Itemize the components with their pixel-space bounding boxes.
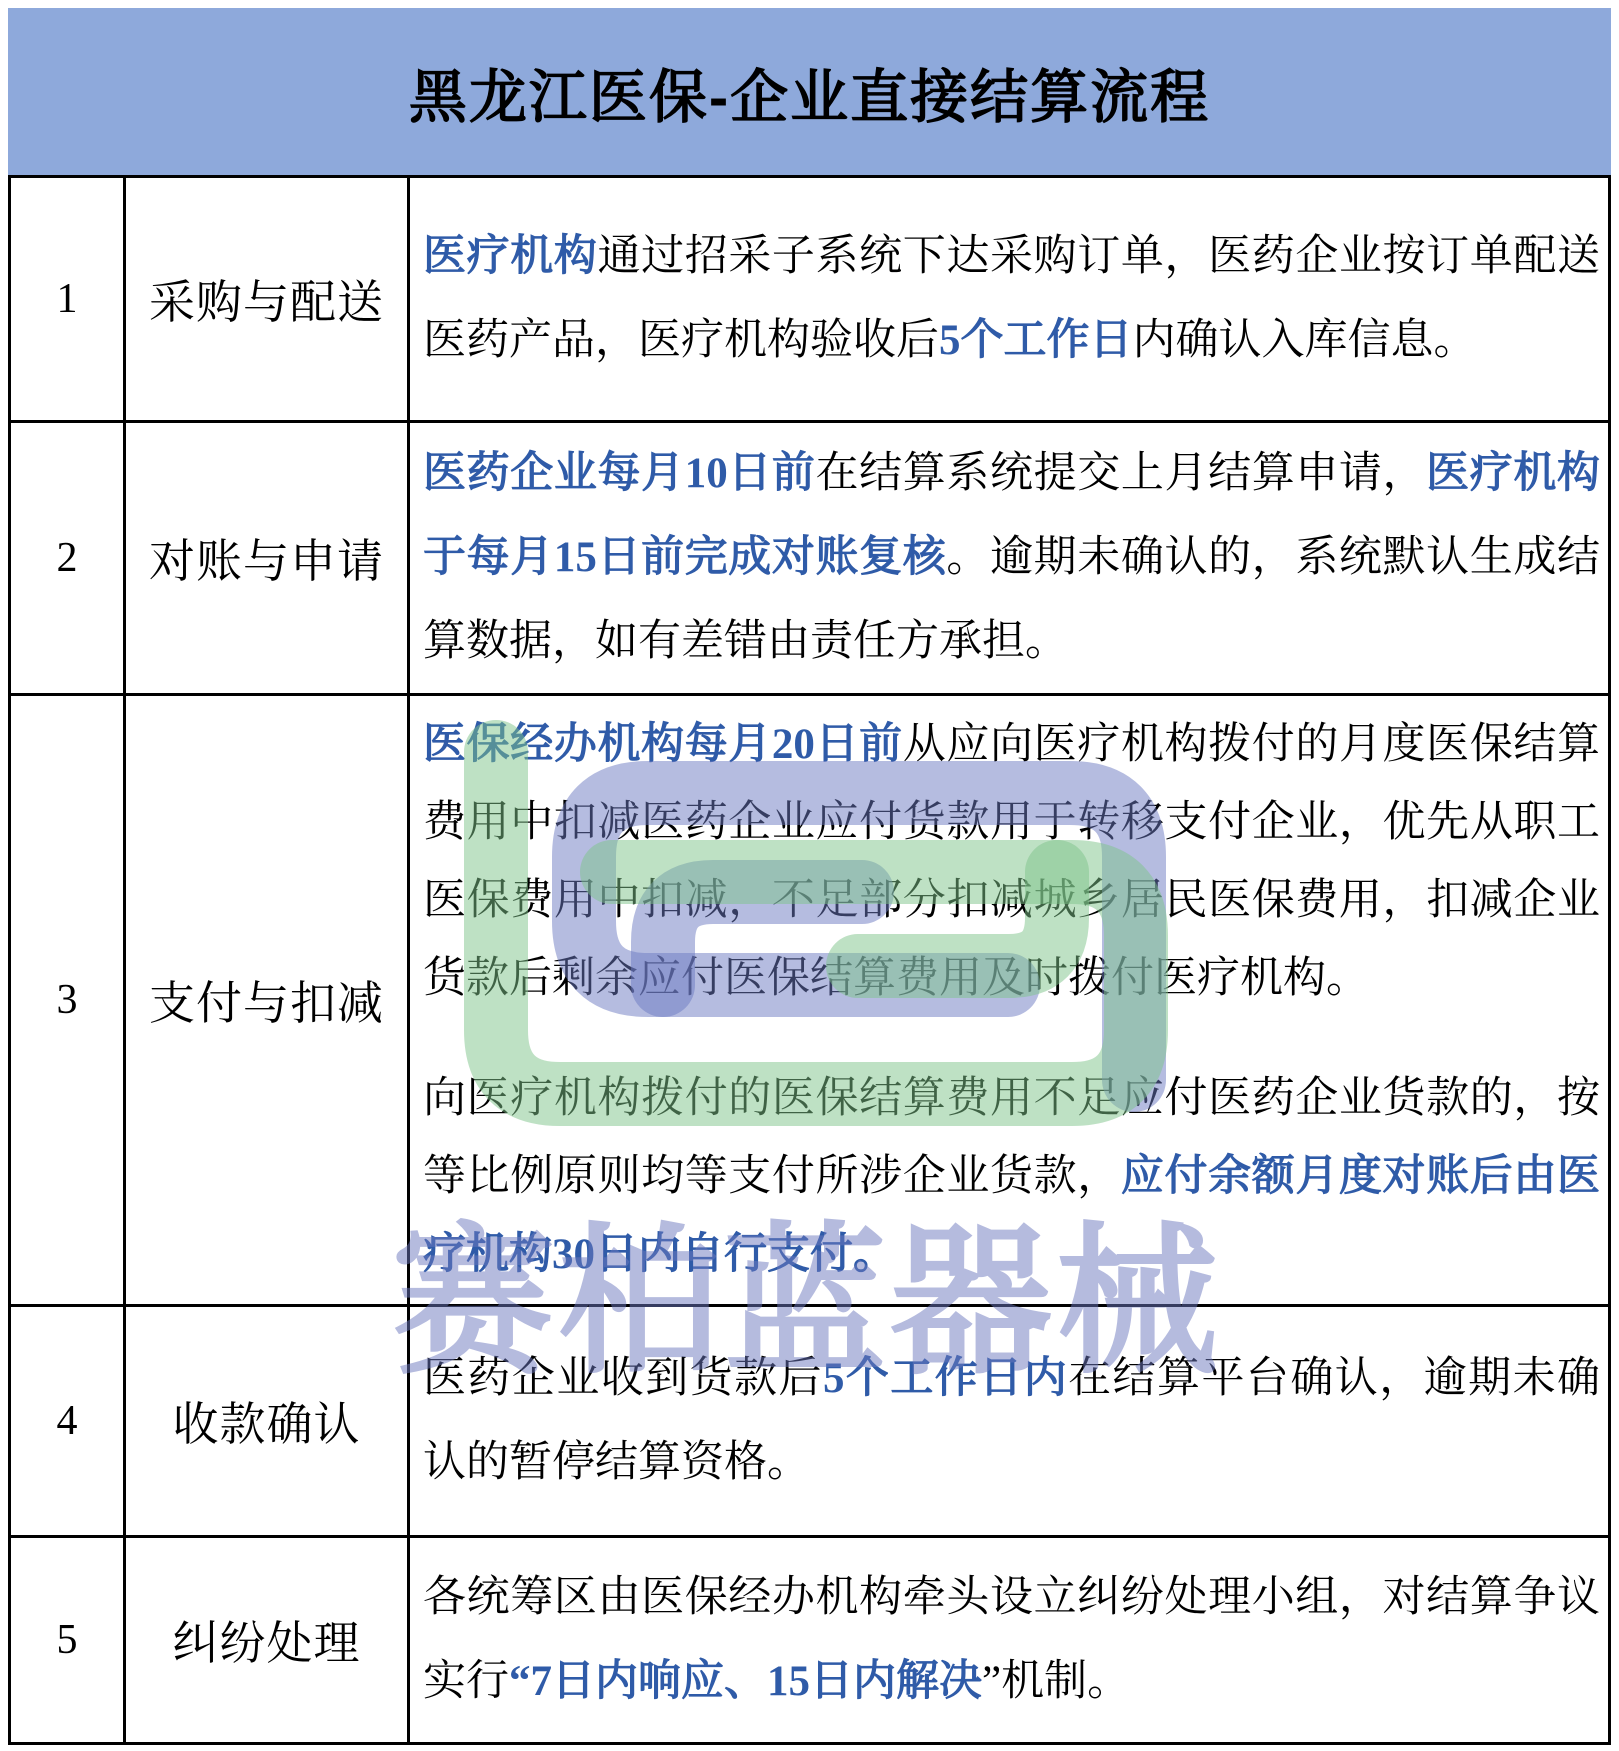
step-description: 医药企业收到货款后5个工作日内在结算平台确认，逾期未确认的暂停结算资格。 xyxy=(410,1307,1608,1535)
description-paragraph: 医药企业收到货款后5个工作日内在结算平台确认，逾期未确认的暂停结算资格。 xyxy=(423,1337,1600,1505)
step-name: 纠纷处理 xyxy=(126,1538,410,1742)
body-text: 在结算系统提交上月结算申请， xyxy=(816,450,1427,497)
body-text: 内确认入库信息。 xyxy=(1133,317,1477,364)
description-paragraph: 医药企业每月10日前在结算系统提交上月结算申请，医疗机构于每月15日前完成对账复… xyxy=(423,432,1600,684)
step-description: 医药企业每月10日前在结算系统提交上月结算申请，医疗机构于每月15日前完成对账复… xyxy=(410,423,1608,693)
table-row: 5纠纷处理各统筹区由医保经办机构牵头设立纠纷处理小组，对结算争议实行“7日内响应… xyxy=(11,1535,1608,1742)
step-description: 医疗机构通过招采子系统下达采购订单，医药企业按订单配送医药产品，医疗机构验收后5… xyxy=(410,178,1608,420)
description-paragraph: 向医疗机构拨付的医保结算费用不足应付医药企业货款的，按等比例原则均等支付所涉企业… xyxy=(423,1060,1600,1294)
table-row: 3支付与扣减医保经办机构每月20日前从应向医疗机构拨付的月度医保结算费用中扣减医… xyxy=(11,693,1608,1304)
process-table: 1采购与配送医疗机构通过招采子系统下达采购订单，医药企业按订单配送医药产品，医疗… xyxy=(8,175,1611,1745)
step-number: 5 xyxy=(11,1538,126,1742)
highlight-text: 医疗机构 xyxy=(423,233,597,280)
body-text: 医药企业收到货款后 xyxy=(423,1355,823,1402)
table-row: 1采购与配送医疗机构通过招采子系统下达采购订单，医药企业按订单配送医药产品，医疗… xyxy=(11,178,1608,420)
step-name: 支付与扣减 xyxy=(126,696,410,1304)
step-name: 对账与申请 xyxy=(126,423,410,693)
step-name: 采购与配送 xyxy=(126,178,410,420)
highlight-text: 5个工作日 xyxy=(939,317,1133,364)
step-number: 2 xyxy=(11,423,126,693)
table-row: 2对账与申请医药企业每月10日前在结算系统提交上月结算申请，医疗机构于每月15日… xyxy=(11,420,1608,693)
step-name: 收款确认 xyxy=(126,1307,410,1535)
table-title-bar: 黑龙江医保-企业直接结算流程 xyxy=(8,8,1611,175)
body-text: ”机制。 xyxy=(982,1658,1130,1705)
description-paragraph: 各统筹区由医保经办机构牵头设立纠纷处理小组，对结算争议实行“7日内响应、15日内… xyxy=(423,1556,1600,1724)
step-number: 3 xyxy=(11,696,126,1304)
highlight-text: 医保经办机构每月20日前 xyxy=(423,721,903,768)
description-paragraph: 医保经办机构每月20日前从应向医疗机构拨付的月度医保结算费用中扣减医药企业应付货… xyxy=(423,706,1600,1018)
step-description: 医保经办机构每月20日前从应向医疗机构拨付的月度医保结算费用中扣减医药企业应付货… xyxy=(410,696,1608,1304)
highlight-text: “7日内响应、15日内解决 xyxy=(509,1658,982,1705)
page-title: 黑龙江医保-企业直接结算流程 xyxy=(409,50,1210,134)
settlement-process-document: 黑龙江医保-企业直接结算流程 1采购与配送医疗机构通过招采子系统下达采购订单，医… xyxy=(8,8,1611,1743)
description-paragraph: 医疗机构通过招采子系统下达采购订单，医药企业按订单配送医药产品，医疗机构验收后5… xyxy=(423,215,1600,383)
step-description: 各统筹区由医保经办机构牵头设立纠纷处理小组，对结算争议实行“7日内响应、15日内… xyxy=(410,1538,1608,1742)
table-row: 4收款确认医药企业收到货款后5个工作日内在结算平台确认，逾期未确认的暂停结算资格… xyxy=(11,1304,1608,1535)
step-number: 1 xyxy=(11,178,126,420)
highlight-text: 5个工作日内 xyxy=(823,1355,1068,1402)
highlight-text: 医药企业每月10日前 xyxy=(423,450,816,497)
step-number: 4 xyxy=(11,1307,126,1535)
